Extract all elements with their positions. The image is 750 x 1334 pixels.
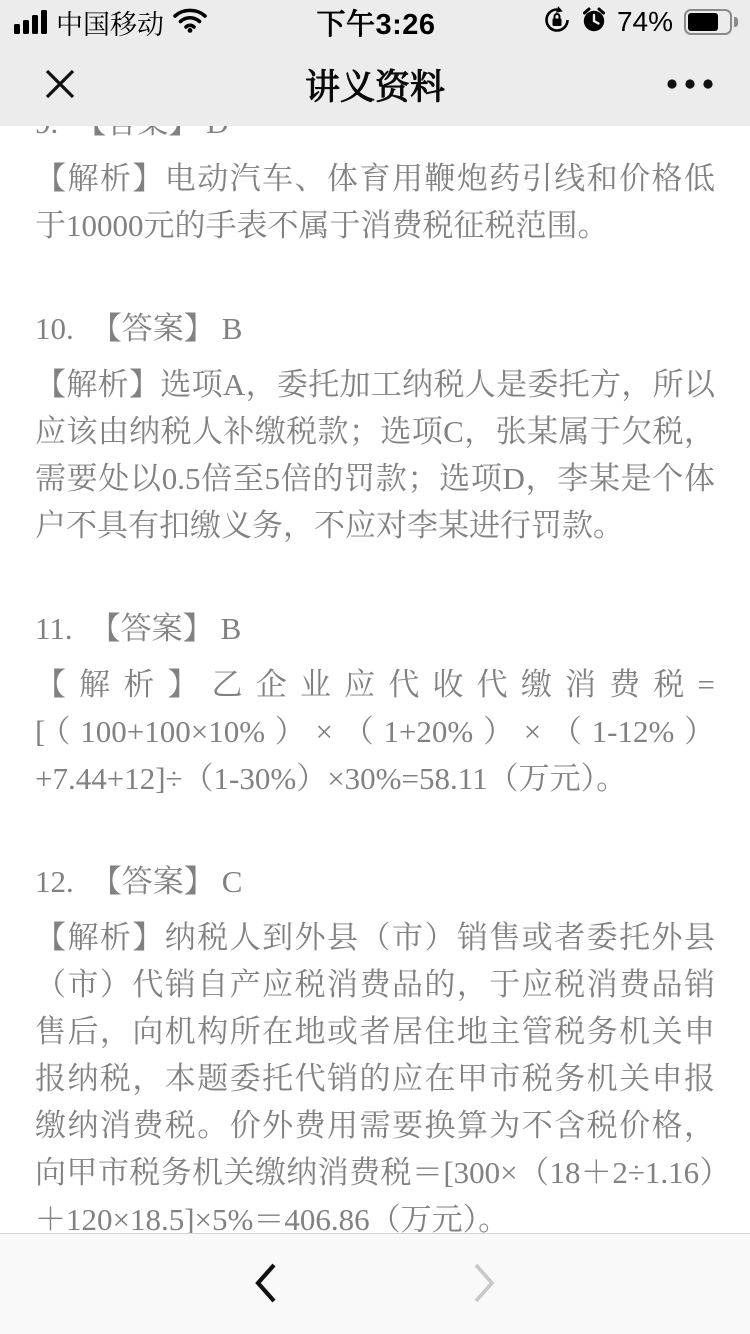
clock-label: 下午3:26 xyxy=(284,2,468,43)
answer-heading: 10.【答案】B xyxy=(35,305,715,352)
document-content[interactable]: 9.【答案】D 【解析】电动汽车、体育用鞭炮药引线和价格低于10000元的手表不… xyxy=(0,126,750,1233)
page-title: 讲义资料 xyxy=(0,60,750,110)
answer-letter: C xyxy=(222,864,243,899)
answer-item-10: 10.【答案】B 【解析】选项A，委托加工纳税人是委托方，所以应该由纳税人补缴税… xyxy=(35,305,715,549)
battery-percent-label: 74% xyxy=(617,6,673,38)
answer-item-9: 9.【答案】D 【解析】电动汽车、体育用鞭炮药引线和价格低于10000元的手表不… xyxy=(35,126,715,249)
status-bar-left: 中国移动 xyxy=(14,3,284,42)
question-number: 12. xyxy=(35,864,74,899)
close-button[interactable] xyxy=(30,55,90,115)
answer-label: 【答案】 xyxy=(91,311,215,346)
header: 中国移动 下午3:26 xyxy=(0,0,750,126)
chevron-left-icon xyxy=(254,1262,278,1307)
answer-label: 【答案】 xyxy=(90,611,214,646)
status-bar-right: 74% xyxy=(468,6,738,39)
next-page-button[interactable] xyxy=(454,1254,514,1314)
answer-heading: 9.【答案】D xyxy=(35,126,715,146)
answer-letter: B xyxy=(221,611,242,646)
cellular-signal-icon xyxy=(14,10,47,34)
analysis-text: 【解析】电动汽车、体育用鞭炮药引线和价格低于10000元的手表不属于消费税征税范… xyxy=(35,155,715,249)
pager-bar xyxy=(0,1233,750,1334)
alarm-icon xyxy=(580,6,608,39)
answer-letter: B xyxy=(222,311,243,346)
more-button[interactable] xyxy=(660,55,720,115)
ellipsis-icon xyxy=(666,78,714,93)
analysis-text: 【解析】纳税人到外县（市）销售或者委托外县（市）代销自产应税消费品的，于应税消费… xyxy=(35,914,715,1233)
answer-item-12: 12.【答案】C 【解析】纳税人到外县（市）销售或者委托外县（市）代销自产应税消… xyxy=(35,858,715,1233)
wifi-icon xyxy=(173,7,207,38)
close-icon xyxy=(41,65,79,106)
question-number: 11. xyxy=(35,611,73,646)
prev-page-button[interactable] xyxy=(236,1254,296,1314)
answer-heading: 12.【答案】C xyxy=(35,858,715,905)
battery-icon xyxy=(684,9,738,35)
nav-bar: 讲义资料 xyxy=(0,44,750,126)
orientation-lock-icon xyxy=(543,6,571,39)
answer-item-11: 11.【答案】B 【解析】乙企业应代收代缴消费税=[（100+100×10%）×… xyxy=(35,605,715,802)
status-bar: 中国移动 下午3:26 xyxy=(0,0,750,44)
carrier-label: 中国移动 xyxy=(56,3,164,42)
app-screen: 中国移动 下午3:26 xyxy=(0,0,750,1334)
question-number: 9. xyxy=(35,126,58,140)
answer-label: 【答案】 xyxy=(75,126,199,140)
chevron-right-icon xyxy=(472,1262,496,1307)
analysis-text: 【解析】选项A，委托加工纳税人是委托方，所以应该由纳税人补缴税款；选项C，张某属… xyxy=(35,361,715,549)
answer-label: 【答案】 xyxy=(91,864,215,899)
answer-letter: D xyxy=(206,126,228,140)
analysis-text: 【解析】乙企业应代收代缴消费税=[（100+100×10%）×（1+20%）×（… xyxy=(35,661,715,802)
question-number: 10. xyxy=(35,311,74,346)
answer-heading: 11.【答案】B xyxy=(35,605,715,652)
